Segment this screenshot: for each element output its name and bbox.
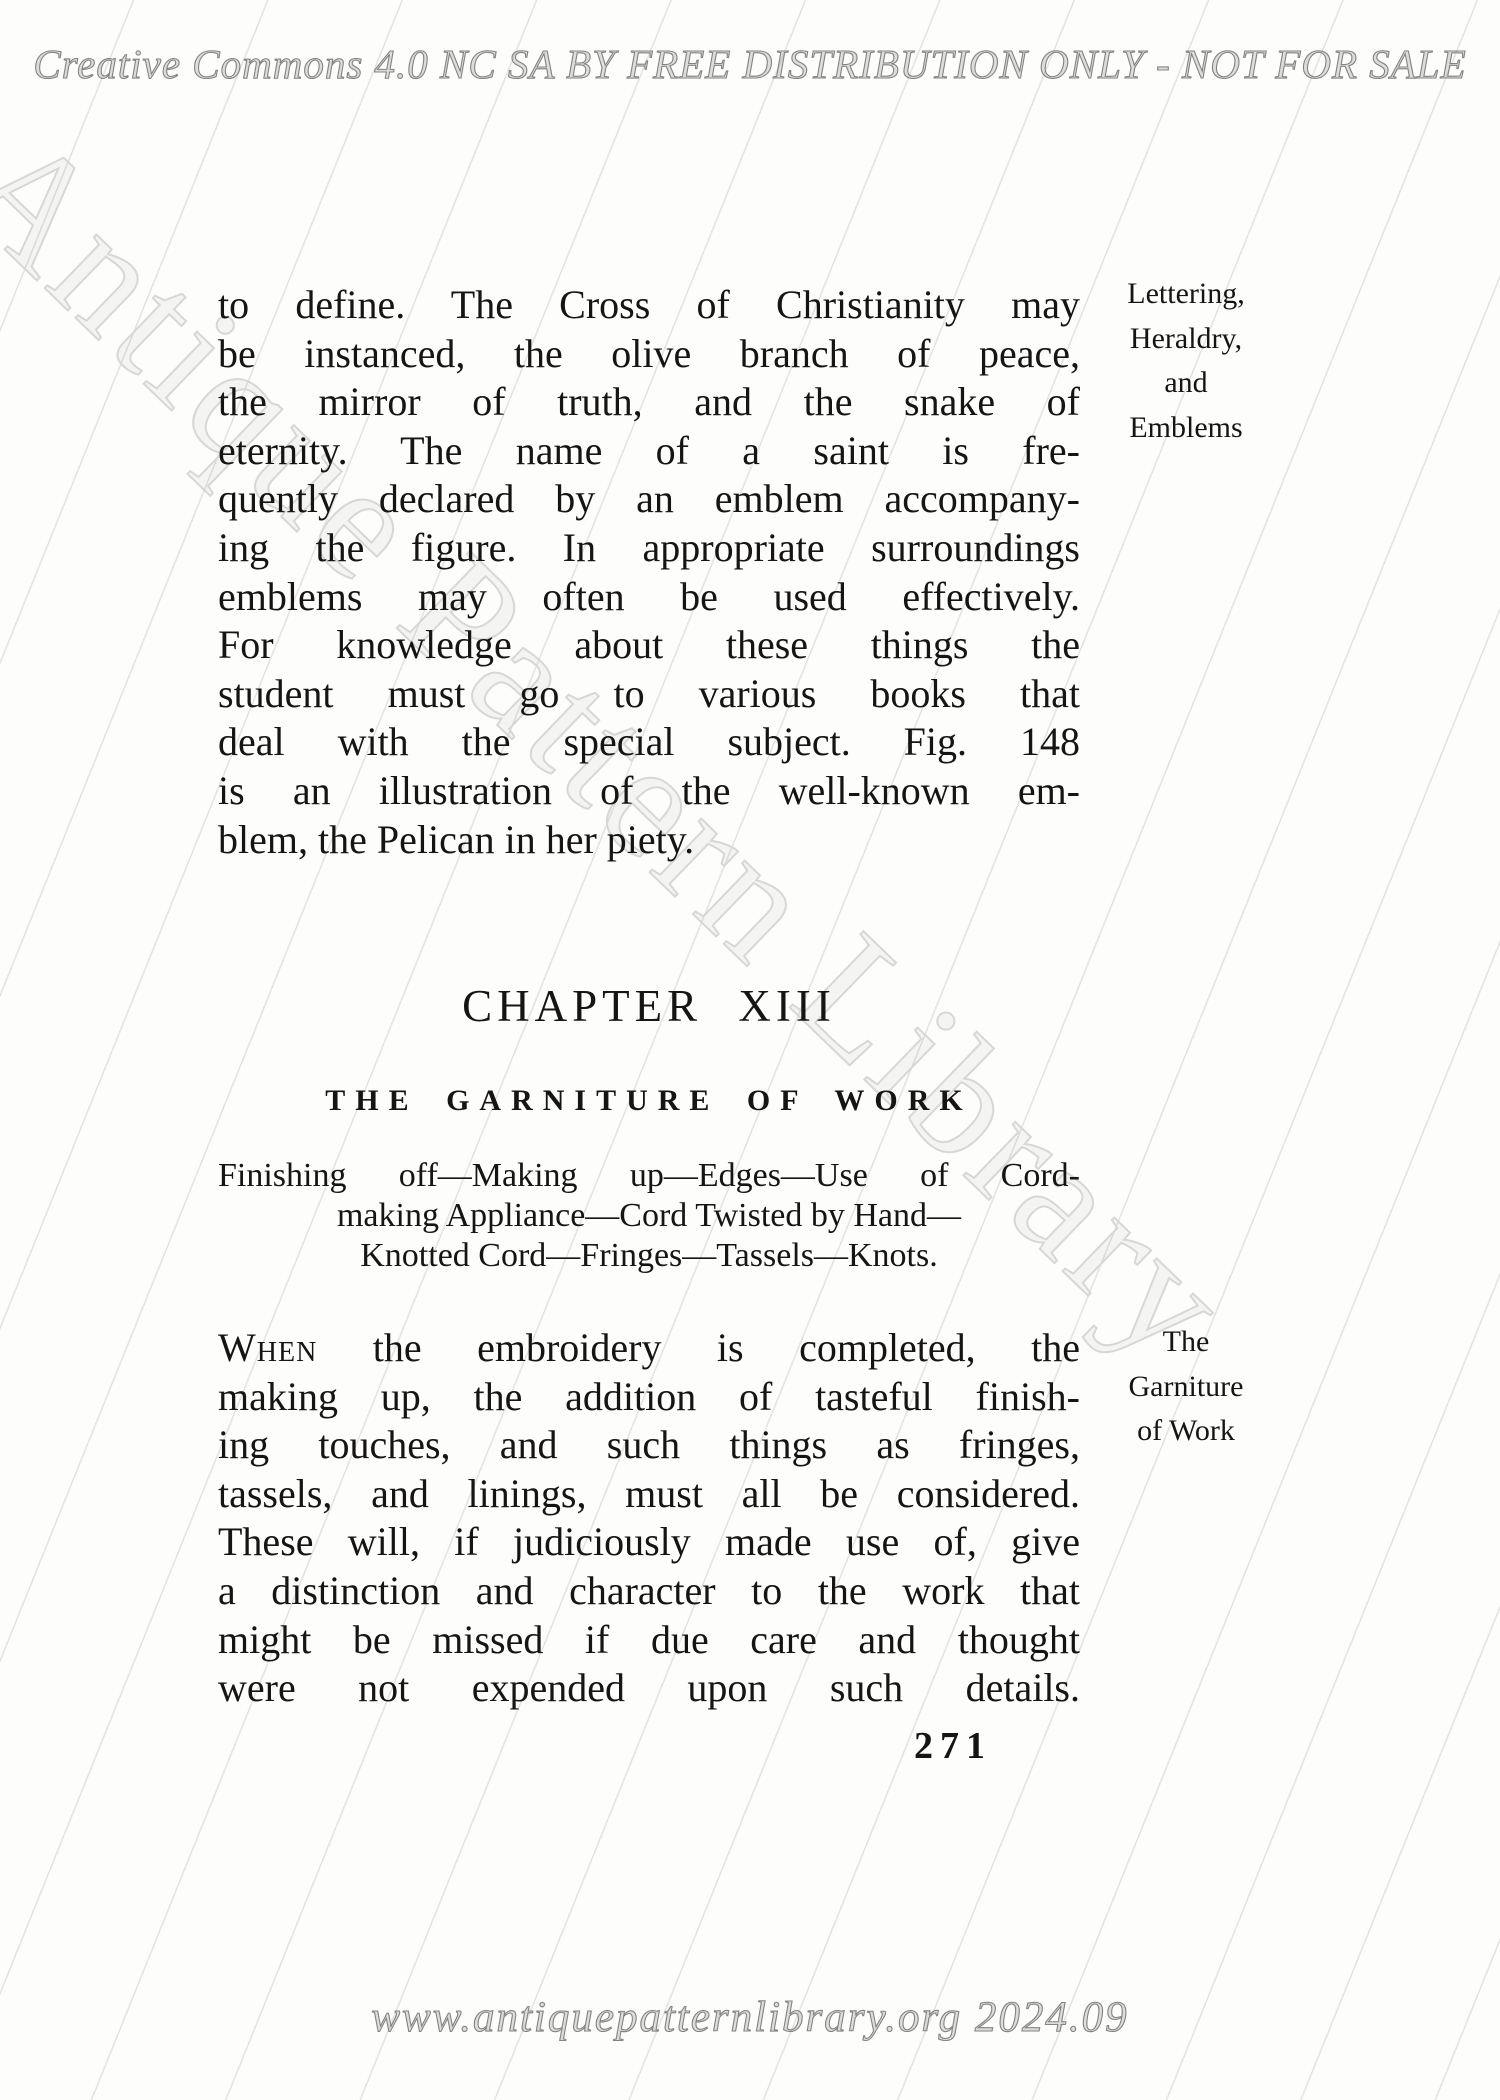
page-number: 271 xyxy=(888,1724,1018,1768)
license-header: Creative Commons 4.0 NC SA BY FREE DISTR… xyxy=(0,40,1500,88)
text-line: These will, if judiciously made use of, … xyxy=(218,1518,1080,1567)
text-line: might be missed if due care and thought xyxy=(218,1616,1080,1665)
text-line: ing the figure. In appropriate surroundi… xyxy=(218,524,1080,573)
text-line: When the embroidery is completed, the xyxy=(218,1324,1080,1373)
footer-url: www.antiquepatternlibrary.org 2024.09 xyxy=(0,1993,1500,2042)
text-line: Knotted Cord—Fringes—Tassels—Knots. xyxy=(218,1236,1080,1276)
text-line: eternity. The name of a saint is fre- xyxy=(218,427,1080,476)
margin-note-lettering-heraldry-emblems: Lettering,Heraldry,andEmblems xyxy=(1090,272,1282,450)
text-line: deal with the special subject. Fig. 148 xyxy=(218,718,1080,767)
text-line: For knowledge about these things the xyxy=(218,621,1080,670)
paragraph-2: When the embroidery is completed, themak… xyxy=(218,1324,1080,1713)
text-line: Lettering, xyxy=(1090,272,1282,317)
chapter-subtitle: THE GARNITURE OF WORK xyxy=(218,1084,1080,1118)
text-line: The xyxy=(1090,1320,1282,1365)
chapter-summary: Finishing off—Making up—Edges—Use of Cor… xyxy=(218,1156,1080,1276)
text-line: student must go to various books that xyxy=(218,670,1080,719)
text-line: Garniture xyxy=(1090,1365,1282,1410)
text-line: quently declared by an emblem accompany- xyxy=(218,475,1080,524)
text-line: to define. The Cross of Christianity may xyxy=(218,281,1080,330)
text-line: Finishing off—Making up—Edges—Use of Cor… xyxy=(218,1156,1080,1196)
text-line: making up, the addition of tasteful fini… xyxy=(218,1373,1080,1422)
text-line: blem, the Pelican in her piety. xyxy=(218,816,1080,865)
margin-note-garniture-of-work: TheGarnitureof Work xyxy=(1090,1320,1282,1454)
text-line: the mirror of truth, and the snake of xyxy=(218,378,1080,427)
text-line: were not expended upon such details. xyxy=(218,1664,1080,1713)
text-line: Heraldry, xyxy=(1090,317,1282,362)
text-line: a distinction and character to the work … xyxy=(218,1567,1080,1616)
text-line: making Appliance—Cord Twisted by Hand— xyxy=(218,1196,1080,1236)
text-line: emblems may often be used effectively. xyxy=(218,573,1080,622)
text-line: of Work xyxy=(1090,1409,1282,1454)
small-caps-word: When xyxy=(218,1325,317,1370)
paragraph-1: to define. The Cross of Christianity may… xyxy=(218,281,1080,864)
chapter-heading: CHAPTER XIII xyxy=(218,980,1080,1032)
text-line: be instanced, the olive branch of peace, xyxy=(218,330,1080,379)
text-line: ing touches, and such things as fringes, xyxy=(218,1421,1080,1470)
text-line: Emblems xyxy=(1090,406,1282,451)
text-line: is an illustration of the well-known em- xyxy=(218,767,1080,816)
text-line: tassels, and linings, must all be consid… xyxy=(218,1470,1080,1519)
text-line: and xyxy=(1090,361,1282,406)
